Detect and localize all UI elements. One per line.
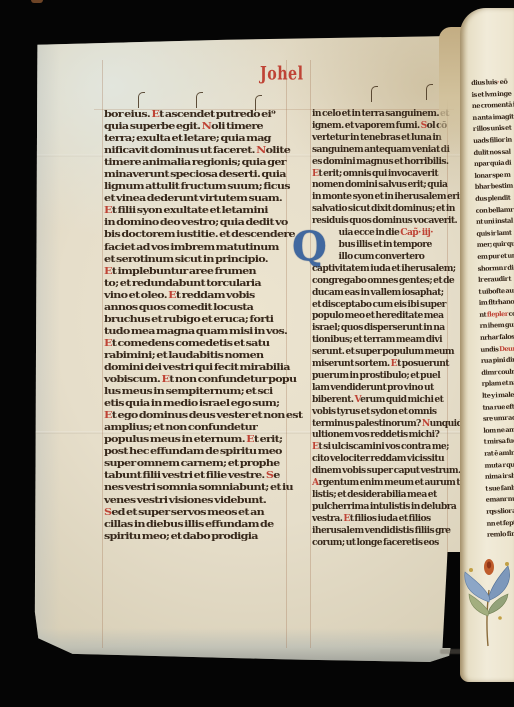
text-line: Et si ulciscamini vos contra me; bbox=[312, 442, 447, 454]
text-line: lom ne amr bbox=[483, 424, 514, 438]
main-page: Johel Q bor eius. Et ascendet putredo ei… bbox=[34, 36, 462, 662]
text-line: Sed et super servos meos et an bbox=[104, 507, 284, 519]
text-line: t mirsa fuo bbox=[484, 435, 514, 449]
text-line: puerum in prostibulo; et puel bbox=[312, 371, 447, 383]
text-line: corum; ut longe faceretis eos bbox=[312, 538, 447, 550]
text-line: em pur et um bbox=[477, 250, 514, 264]
ascender-flourish bbox=[138, 92, 145, 108]
foliate-ornament-icon bbox=[462, 556, 514, 648]
text-line: dinem vobis super caput vestrum. bbox=[312, 466, 447, 478]
next-page: dius luis· eōis et lvm ingene cromentā i… bbox=[460, 8, 514, 682]
text-line: to; et redundabunt torcularia bbox=[104, 278, 284, 290]
text-line: tna rue eft u bbox=[482, 400, 514, 414]
text-line: nt uni instal bbox=[476, 215, 514, 229]
text-line: post hec effundam de spiritu meo bbox=[104, 446, 284, 458]
text-line: populo meo et hereditate mea bbox=[312, 311, 447, 323]
text-line: rplam et nal bbox=[482, 377, 514, 391]
text-line: serunt. et super populum meum bbox=[312, 347, 447, 359]
text-line: sre umr ad bbox=[483, 412, 514, 426]
text-line: muta r quos bbox=[484, 458, 514, 472]
text-line: npar quia di bbox=[474, 157, 514, 171]
ascender-flourish bbox=[196, 92, 203, 108]
text-line: ultionem vos reddetis michi? bbox=[312, 430, 447, 442]
text-line: Et filii syon exultate et letamini bbox=[104, 205, 284, 217]
text-line: iherusalem vendidistis filiis gre bbox=[312, 526, 447, 538]
text-line: remlo fime d bbox=[487, 528, 514, 542]
text-line: im fltrhano bbox=[479, 296, 514, 310]
text-line: lr eraudir t bbox=[478, 273, 514, 287]
text-line: uia ecce in die Cap̃· iij· bbox=[312, 228, 447, 240]
page-left-shading bbox=[34, 36, 60, 662]
text-line: nes vestri somnia somniabunt; et iu bbox=[104, 482, 284, 494]
text-line: Et comedens comedetis et satu bbox=[104, 338, 284, 350]
text-line: uads filior in bbox=[473, 134, 514, 148]
text-line: israel; quos disperserunt in na bbox=[312, 323, 447, 335]
text-line: residuis quos dominus vocaverit. bbox=[312, 216, 447, 228]
text-line: ignem. et vaporem fumi. Sol cō bbox=[312, 121, 447, 133]
text-line: vestra. Et filios iuda et filios bbox=[312, 514, 447, 526]
text-line: t sue fanlr bbox=[485, 481, 514, 495]
text-line: es domini magnus et horribilis. bbox=[312, 157, 447, 169]
ascender-flourish bbox=[371, 86, 378, 102]
text-line: cillas in diebus illis effundam de bbox=[104, 519, 284, 531]
text-line: spiritu meo; et dabo prodigia bbox=[104, 531, 284, 543]
text-line: sanguinem antequam veniat di bbox=[312, 145, 447, 157]
text-line: terra; exulta et letare; quia mag bbox=[104, 133, 284, 145]
running-header: Johel bbox=[260, 62, 303, 85]
text-line: Et implebuntur aree frumen bbox=[104, 266, 284, 278]
text-line: vino et oleo. Et reddam vobis bbox=[104, 290, 284, 302]
text-line: ducam eas in vallem iosaphat; bbox=[312, 288, 447, 300]
text-column-right: in celo et in terra sanguinem. etignem. … bbox=[312, 109, 447, 550]
text-line: lam vendiderunt pro vino ut bbox=[312, 383, 447, 395]
text-line: nificavit dominus ut faceret. Nolite bbox=[104, 145, 284, 157]
text-line: congregabo omnes gentes; et de bbox=[312, 276, 447, 288]
text-line: captivitatem iuda et iherusalem; bbox=[312, 264, 447, 276]
text-line: faciet ad vos imbrem matutinum bbox=[104, 242, 284, 254]
text-line: dimr couln bbox=[481, 366, 514, 380]
text-line: super omnem carnem; et prophe bbox=[104, 458, 284, 470]
text-line: illo cum convertero bbox=[312, 252, 447, 264]
text-line: domini dei vestri qui fecit mirabilia bbox=[104, 362, 284, 374]
ruling-line bbox=[310, 60, 311, 648]
text-line: rabimini; et laudabitis nomen bbox=[104, 350, 284, 362]
text-line: Et ego dominus deus vester et non est bbox=[104, 410, 284, 422]
text-line: salvatio sicut dixit dominus; et in bbox=[312, 204, 447, 216]
text-line: tabunt filii vestri et filie vestre. Se bbox=[104, 470, 284, 482]
text-line: vobiscum. Et non confundetur popu bbox=[104, 374, 284, 386]
text-line: nn et feptes bbox=[486, 516, 514, 530]
next-page-text: dius luis· eōis et lvm ingene cromentā i… bbox=[471, 76, 514, 542]
text-line: tionibus; et terram meam divi bbox=[312, 335, 447, 347]
text-line: in celo et in terra sanguinem. et bbox=[312, 109, 447, 121]
text-line: quia superbe egit. Noli timere bbox=[104, 121, 284, 133]
text-line: bus illis et in tempore bbox=[312, 240, 447, 252]
text-line: lte y i male bbox=[482, 389, 514, 403]
text-line: biberent. Verum quid michi et bbox=[312, 395, 447, 407]
text-line: timere animalia regionis; quia ger bbox=[104, 157, 284, 169]
text-line: in monte syon et in iherusalem erit bbox=[312, 192, 447, 204]
page-edge-speck bbox=[31, 0, 43, 3]
text-line: nomen domini salvus erit; quia bbox=[312, 180, 447, 192]
text-line: etis quia in medio israel ego sum; bbox=[104, 398, 284, 410]
text-line: amplius; et non confundetur bbox=[104, 422, 284, 434]
text-line: rqs slior ail bbox=[486, 505, 514, 519]
text-line: nrhar falos. bbox=[480, 331, 514, 345]
text-line: bruchus et rubigo et eruca; forti bbox=[104, 314, 284, 326]
text-line: lignum attulit fructum suum; ficus bbox=[104, 181, 284, 193]
text-line: et disceptabo cum eis ibi super bbox=[312, 300, 447, 312]
text-line: pulcherrima intulistis in delubra bbox=[312, 502, 447, 514]
text-line: vobis tyrus et sydon et omnis bbox=[312, 407, 447, 419]
page-bottom-shading bbox=[34, 628, 462, 662]
text-line: minaverunt speciosa deserti. quia bbox=[104, 169, 284, 181]
text-line: Argentum enim meum et aurum tu bbox=[312, 478, 447, 490]
text-line: rat ē amlr bbox=[484, 447, 514, 461]
text-line: listis; et desiderabilia mea et bbox=[312, 490, 447, 502]
text-line: et serotinum sicut in principio. bbox=[104, 254, 284, 266]
text-line: rua pini dir bbox=[481, 354, 514, 368]
text-line: miserunt sortem. Et posuerunt bbox=[312, 359, 447, 371]
text-line: undis Deur bbox=[480, 342, 514, 356]
text-line: annos quos comedit locusta bbox=[104, 302, 284, 314]
text-line: bis doctorem iustitie. et descendere bbox=[104, 229, 284, 241]
text-line: tudo mea magna quam misi in vos. bbox=[104, 326, 284, 338]
text-line: in domino deo vestro; quia dedit vo bbox=[104, 217, 284, 229]
text-line: rn ihem gur bbox=[479, 319, 514, 333]
text-line: mer; quir qu bbox=[477, 238, 514, 252]
text-line: venes vestri visiones videbunt. bbox=[104, 495, 284, 507]
text-column-left: bor eius. Et ascendet putredo ei⁹quia su… bbox=[104, 109, 284, 543]
text-line: emanr nulos bbox=[486, 493, 514, 507]
text-line: et vinea dederunt virtutem suam. bbox=[104, 193, 284, 205]
text-line: terminus palestinorum? Nunquid bbox=[312, 419, 447, 431]
text-line: dus plendit bbox=[475, 192, 514, 206]
manuscript-photo: Johel Q bor eius. Et ascendet putredo ei… bbox=[0, 0, 514, 707]
text-line: bor eius. Et ascendet putredo ei⁹ bbox=[104, 109, 284, 121]
text-line: Et erit; omnis qui invocaverit bbox=[312, 169, 447, 181]
text-line: populus meus in eternum. Et erit; bbox=[104, 434, 284, 446]
ascender-flourish bbox=[426, 84, 433, 100]
text-line: cito velociter reddam vicissitu bbox=[312, 454, 447, 466]
text-line: lus meus in sempiternum; et sci bbox=[104, 386, 284, 398]
ruling-line bbox=[102, 60, 103, 648]
text-line: vertetur in tenebras et luna in bbox=[312, 133, 447, 145]
text-line: nima ir slue bbox=[485, 470, 514, 484]
